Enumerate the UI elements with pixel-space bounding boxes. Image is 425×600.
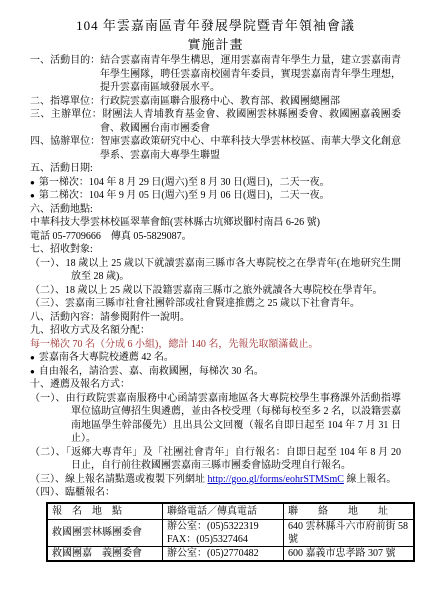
session-1-date: ●第一梯次：104 年 8 月 29 日(週六)至 8 月 30 日(週日)，二… [30,176,401,190]
eligibility-item-2-label: （二）、 [30,285,65,296]
registration-item-3: （三）、線上報名請點選或複製下列網址 http://goo.gl/forms/e… [30,473,401,487]
bullet-icon: ● [30,353,35,362]
cell-location-chiayi: 救國團嘉 義團委會 [47,546,163,561]
section-1-number: 一、 [30,55,50,66]
section-4-coorganizers: 四、協辦單位：智庫雲嘉政策研究中心、中華科技大學雲林校區、南華大學文化創意學系、… [30,135,401,162]
phone-fax: FAX：(05)5327464 [167,533,279,546]
session-2-date-text: 第二梯次：104 年 9 月 05 日(週六)至 9 月 06 日(週日)，二天… [39,190,330,201]
quota-item-2: ●自由報名，請洽雲、嘉、南救國團，每梯次 30 名。 [30,365,401,379]
section-7-number: 七、 [30,244,50,255]
quota-item-1: ●雲嘉南各大專院校遴薦 42 名。 [30,351,401,365]
registration-item-3-label: （三）、 [30,474,65,485]
section-9-number: 九、 [30,325,50,336]
section-9-quota-heading: 九、招收方式及名額分配： [30,324,401,338]
cell-phone-chiayi: 辦公室：(05)2770482 [163,546,284,561]
registration-table: 報 名 地 點 聯絡電話／傳真電話 聯 絡 地 址 救國團雲林縣團委會 辦公室：… [46,502,415,562]
section-7-eligibility-heading: 七、招收對象: [30,243,401,257]
section-5-dates-heading: 五、活動日期: [30,162,401,176]
section-7-heading: 招收對象: [50,244,93,255]
section-6-heading: 活動地點: [50,204,93,215]
section-2-heading: 指導單位： [50,96,100,107]
registration-item-1-text: 由行政院雲嘉南服務中心函請雲嘉南地區各大專院校學生事務課外活動指導單位協助宣傳招… [66,393,401,445]
eligibility-item-1-text: 18 歲以上 25 歲以下就讀雲嘉南三縣市各大專院校之在學青年(在地研究生開放至… [66,258,401,283]
section-8-heading: 活動內容： [50,312,100,323]
registration-item-1-label: （一）、 [30,393,66,404]
section-1-heading: 活動目的： [50,55,100,66]
section-2-advisors: 二、指導單位：行政院雲嘉南區聯合服務中心、教育部、救國團總團部 [30,95,401,109]
quota-highlight-text: 每一梯次 70 名（分成 6 小組)，總計 140 名，先報先取額滿截止。 [30,338,401,352]
session-2-date: ●第二梯次：104 年 9 月 05 日(週六)至 9 月 06 日(週日)，二… [30,189,401,203]
cell-address-chiayi: 600 嘉義市忠孝路 307 號 [284,546,415,561]
section-2-number: 二、 [30,96,50,107]
cell-address-yunlin: 640 雲林縣斗六市府前街 58 號 [284,519,415,546]
registration-item-3-text-after: 線上報名。 [344,474,397,485]
eligibility-item-3-label: （三）、 [30,298,65,309]
registration-item-1: （一）、由行政院雲嘉南服務中心函請雲嘉南地區各大專院校學生事務課外活動指導單位協… [30,392,401,446]
document-title: 104 年雲嘉南區青年發展學院暨青年領袖會議 [30,16,401,35]
section-4-heading: 協辦單位： [50,136,100,147]
section-8-content: 八、活動內容：請參閱附件一說明。 [30,311,401,325]
section-5-number: 五、 [30,163,50,174]
header-phone: 聯絡電話／傳真電話 [163,503,284,520]
signup-form-link[interactable]: http://goo.gl/forms/eohrSTMSmC [208,474,344,485]
section-3-text: 財團法人青埔教育基金會、救國團雲林縣團委會、救國團嘉義團委會、救國團台南市團委會 [100,109,401,134]
section-6-location-heading: 六、活動地點: [30,203,401,217]
session-1-date-text: 第一梯次：104 年 8 月 29 日(週六)至 8 月 30 日(週日)，二天… [39,177,330,188]
registration-item-3-text-before: 線上報名請點選或複製下列網址 [65,474,208,485]
table-row: 救國團雲林縣團委會 辦公室：(05)5322319 FAX：(05)532746… [47,519,414,546]
bullet-icon: ● [30,191,35,200]
phone-office: 辦公室：(05)2770482 [167,547,279,560]
registration-item-2-text: 「返鄉大專青年」及「社團社會青年」自行報名：自即日起至 104 年 8 月 20… [66,447,401,472]
eligibility-item-1-label: （一）、 [30,258,66,269]
bullet-icon: ● [30,178,35,187]
section-1-text: 結合雲嘉南青年學生構思，運用雲嘉南青年學生力量，建立雲嘉南青年學生團隊，聘任雲嘉… [100,55,401,93]
section-10-registration-heading: 十、遴薦及報名方式： [30,378,401,392]
eligibility-item-2-text: 18 歲以上 25 歲以下設籍雲嘉南三縣市之旅外就讀各大專院校在學青年。 [65,285,383,296]
section-8-text: 請參閱附件一說明。 [100,312,190,323]
eligibility-item-2: （二）、18 歲以上 25 歲以下設籍雲嘉南三縣市之旅外就讀各大專院校在學青年。 [30,284,401,298]
header-address: 聯 絡 地 址 [284,503,415,520]
venue-phone-fax: 電話 05-7709666 傳真 05-5829087。 [30,230,401,244]
section-8-number: 八、 [30,312,50,323]
quota-item-2-text: 自由報名，請洽雲、嘉、南救國團，每梯次 30 名。 [39,366,264,377]
section-6-number: 六、 [30,204,50,215]
registration-item-4-label: （四）、 [30,487,65,498]
eligibility-item-1: （一）、18 歲以上 25 歲以下就讀雲嘉南三縣市各大專院校之在學青年(在地研究… [30,257,401,284]
eligibility-item-3-text: 雲嘉南三縣市社會社團幹部或社會賢達推薦之 25 歲以下社會青年。 [65,298,360,309]
section-1-purpose: 一、活動目的：結合雲嘉南青年學生構思，運用雲嘉南青年學生力量，建立雲嘉南青年學生… [30,54,401,95]
cell-location-yunlin: 救國團雲林縣團委會 [47,519,163,546]
table-row: 救國團嘉 義團委會 辦公室：(05)2770482 600 嘉義市忠孝路 307… [47,546,414,561]
phone-office: 辦公室：(05)5322319 [167,520,279,533]
section-4-number: 四、 [30,136,50,147]
section-10-number: 十、 [30,379,50,390]
registration-item-4: （四）、臨櫃報名： [30,486,401,500]
section-3-heading: 主辦單位： [51,109,103,120]
registration-item-2-label: （二）、 [30,447,66,458]
cell-phone-yunlin: 辦公室：(05)5322319 FAX：(05)5327464 [163,519,284,546]
section-3-number: 三、 [30,109,51,120]
section-2-text: 行政院雲嘉南區聯合服務中心、教育部、救國團總團部 [100,96,340,107]
registration-item-4-text: 臨櫃報名： [65,487,115,498]
section-3-organizers: 三、主辦單位：財團法人青埔教育基金會、救國團雲林縣團委會、救國團嘉義團委會、救國… [30,108,401,135]
eligibility-item-3: （三）、雲嘉南三縣市社會社團幹部或社會賢達推薦之 25 歲以下社會青年。 [30,297,401,311]
document-subtitle: 實施計畫 [30,35,401,54]
bullet-icon: ● [30,367,35,376]
document-page: 104 年雲嘉南區青年發展學院暨青年領袖會議 實施計畫 一、活動目的：結合雲嘉南… [0,0,425,600]
section-5-heading: 活動日期: [50,163,93,174]
section-4-text: 智庫雲嘉政策研究中心、中華科技大學雲林校區、南華大學文化創意學系、雲嘉南大專學生… [100,136,401,161]
registration-table-header-row: 報 名 地 點 聯絡電話／傳真電話 聯 絡 地 址 [47,503,414,520]
document-body: 一、活動目的：結合雲嘉南青年學生構思，運用雲嘉南青年學生力量，建立雲嘉南青年學生… [30,54,401,562]
quota-item-1-text: 雲嘉南各大專院校遴薦 42 名。 [39,352,174,363]
section-10-heading: 遴薦及報名方式： [50,379,130,390]
venue-address: 中華科技大學雲林校區翠華會館(雲林縣古坑鄉崁腳村南昌 6-26 號) [30,216,401,230]
section-9-heading: 招收方式及名額分配： [50,325,150,336]
registration-item-2: （二）、「返鄉大專青年」及「社團社會青年」自行報名：自即日起至 104 年 8 … [30,446,401,473]
header-location: 報 名 地 點 [47,503,163,520]
